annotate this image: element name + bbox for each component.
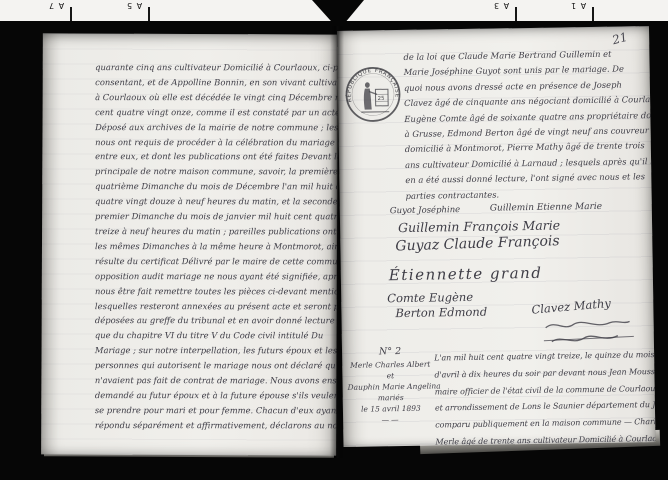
manuscript-line: quatrième Dimanche du mois de Décembre l… <box>95 179 338 194</box>
register-page-right: 21 RÉPUBLIQUE FRANÇAISE 25 de la l <box>337 26 655 447</box>
ruler-tick <box>515 7 517 21</box>
manuscript-text-block: quarante cinq ans cultivateur Domicilié … <box>95 60 338 433</box>
manuscript-line: demandé au futur époux et à la future ép… <box>95 388 338 403</box>
manuscript-line: les mêmes Dimanches à la même heure à Mo… <box>95 239 338 254</box>
register-page-left: quarante cinq ans cultivateur Domicilié … <box>41 33 338 455</box>
manuscript-line: nous ont requis de procéder à la célébra… <box>95 135 338 150</box>
signature: Berton Edmond <box>395 305 487 320</box>
margin-note-number: N° 2 <box>347 346 433 358</box>
manuscript-line: personnes qui autorisent le mariage nous… <box>95 358 338 373</box>
manuscript-line: quarante cinq ans cultivateur Domicilié … <box>95 60 338 75</box>
manuscript-line: cent quatre vingt onze, comme il est con… <box>95 105 338 120</box>
signature: Guillemin François Marie <box>398 218 560 236</box>
manuscript-line: nous être fait remettre toutes les pièce… <box>95 284 338 299</box>
ruler-tick-label: A 7 <box>48 1 64 10</box>
manuscript-line: principale de notre maison commune, savo… <box>95 164 338 179</box>
paraph-scribble-icon <box>538 316 639 352</box>
manuscript-line: déposées au greffe du tribunal et en avo… <box>95 314 338 329</box>
signature: Comte Eugène <box>387 290 473 305</box>
manuscript-line: n'avaient pas fait de contrat de mariage… <box>95 373 338 388</box>
margin-note-dash: —— <box>348 414 434 426</box>
ruler-tick-label: A 5 <box>126 1 142 10</box>
manuscript-line: Déposé aux archives de la mairie de notr… <box>95 120 338 135</box>
signature: Guyaz Claude François <box>395 233 560 254</box>
signature: Clavez Mathy <box>531 296 611 317</box>
manuscript-text-block: L'an mil huit cent quatre vingt treize, … <box>434 346 655 447</box>
microfilm-scan-frame: A 7 A 5 A 3 A 1 quarante cinq ans cultiv… <box>0 0 668 480</box>
signature: Guyot Joséphine <box>390 205 461 216</box>
book-gutter-shadow <box>330 26 344 458</box>
margin-note-line: Merle Charles Albert <box>347 359 433 371</box>
ruler-tick <box>592 7 594 21</box>
manuscript-line: premier Dimanche du mois de janvier mil … <box>95 209 338 224</box>
manuscript-line: résulte du certificat Délivré par le mai… <box>95 254 338 269</box>
manuscript-line: à Courlaoux où elle est décédée le vingt… <box>95 90 338 105</box>
manuscript-line: consentant, et de Appolline Bonnin, en s… <box>95 75 338 90</box>
manuscript-line: quatre vingt douze à neuf heures du mati… <box>95 194 338 209</box>
manuscript-line: se prendre pour mari et pour femme. Chac… <box>95 403 338 418</box>
ruler-tick <box>148 7 150 21</box>
manuscript-line: Mariage ; sur notre interpellation, les … <box>95 343 338 358</box>
manuscript-line: entre eux, et dont les publications ont … <box>95 150 338 165</box>
margin-note: N° 2 Merle Charles Albert et Dauphin Mar… <box>347 346 434 426</box>
signature: Étiennette grand <box>389 264 543 284</box>
manuscript-line: que du chapitre VI du titre V du Code ci… <box>95 328 338 343</box>
manuscript-line: lesquelles resteront annexées au présent… <box>95 299 338 314</box>
signature: Guillemin Etienne Marie <box>490 202 602 214</box>
manuscript-line: opposition audit mariage ne nous ayant é… <box>95 269 338 284</box>
manuscript-line: répondu séparément et affirmativement, d… <box>95 418 338 433</box>
margin-note-line: Dauphin Marie Angelina <box>348 381 434 393</box>
ruler-tick-label: A 3 <box>493 1 509 10</box>
ruler-tick <box>70 7 72 21</box>
ruler-tick-label: A 1 <box>570 1 586 10</box>
manuscript-line: treize à neuf heures du matin ; pareille… <box>95 224 338 239</box>
